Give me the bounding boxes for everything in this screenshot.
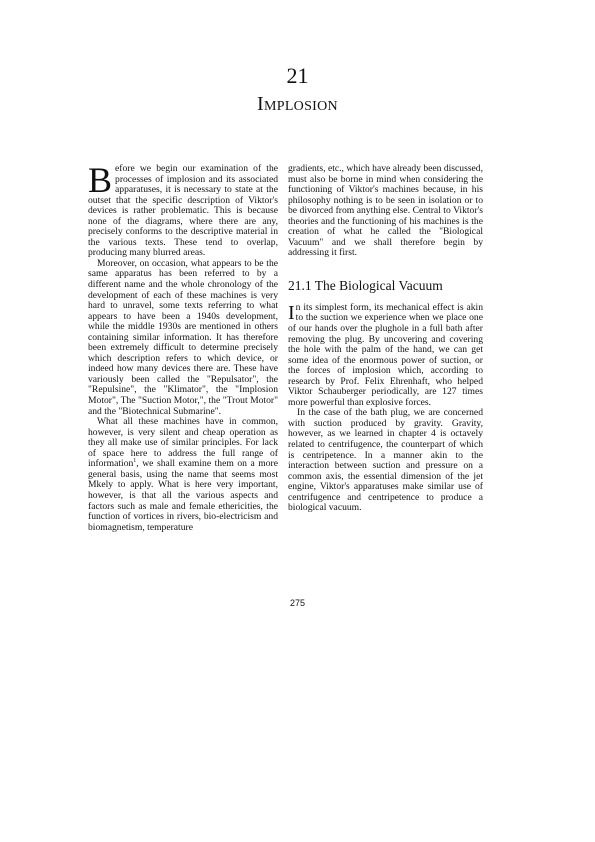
paragraph: gradients, etc., which have already been…	[288, 164, 483, 259]
left-column: Before we begin our examination of the p…	[88, 164, 278, 533]
paragraph-text: efore we begin our examination of the pr…	[88, 163, 278, 258]
footnote-reference[interactable]: 1	[133, 458, 136, 464]
paragraph: What all these machines have in common, …	[88, 417, 278, 533]
chapter-title: Implosion	[0, 92, 595, 116]
paragraph-text: we shall examine them on a more general …	[88, 458, 278, 532]
paragraph: In the case of the bath plug, we are con…	[288, 408, 483, 513]
paragraph-text: n its simplest form, its mechanical effe…	[288, 302, 483, 408]
drop-cap: B	[88, 166, 112, 194]
drop-cap: I	[288, 305, 295, 321]
paragraph: In its simplest form, its mechanical eff…	[288, 303, 483, 408]
paragraph: Moreover, on occasion, what appears to b…	[88, 259, 278, 417]
section-heading: 21.1 The Biological Vacuum	[288, 278, 483, 294]
chapter-number: 21	[0, 64, 595, 88]
right-column: gradients, etc., which have already been…	[288, 164, 483, 514]
page-number: 275	[0, 598, 595, 608]
paragraph: Before we begin our examination of the p…	[88, 164, 278, 259]
